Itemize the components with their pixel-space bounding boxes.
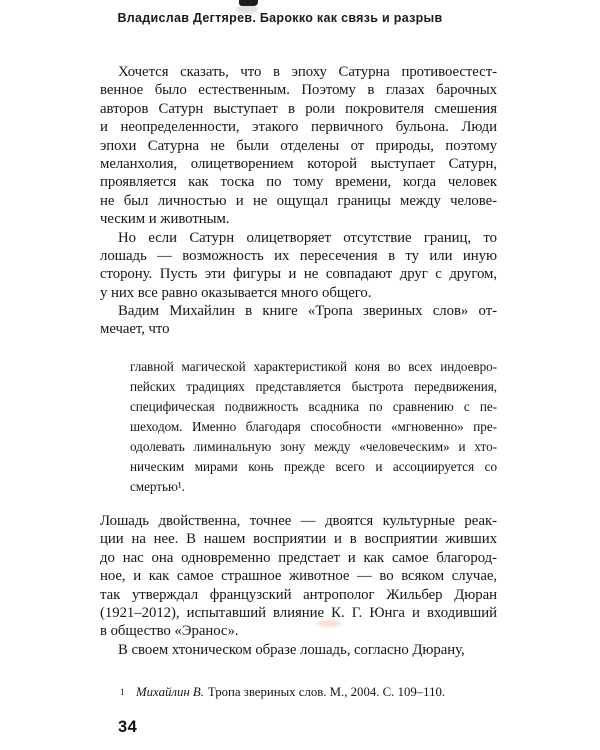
text-block-lower: Лошадь двойственна, точнее — двоятся кул… [100, 512, 497, 659]
text-line: ное, и как самое страшное животное — во … [100, 567, 497, 585]
block-quote: главной магической характеристикой коня … [130, 357, 497, 497]
text-line: авторов Сатурн выступает в роли покровит… [100, 100, 497, 118]
text-line: ции на нее. В нашем восприятии и в воспр… [100, 530, 497, 548]
text-line: венное было естественным. Поэтому в глаз… [100, 81, 497, 99]
text-line: не был личностью и не ощущал границы меж… [100, 192, 497, 210]
running-header: Владислав Дегтярев. Барокко как связь и … [20, 11, 540, 25]
text-line: шеходом. Именно благодаря способности «м… [130, 417, 497, 437]
text-line: и неопределенности, этакого первичного б… [100, 118, 497, 136]
footnote: 1 Михайлин В.Тропа звериных слов. М., 20… [100, 684, 497, 701]
text-line: в общество «Эранос». [100, 622, 497, 640]
footnote-text: Михайлин В.Тропа звериных слов. М., 2004… [136, 684, 497, 701]
text-line: меланхолия, олицетворением которой высту… [100, 155, 497, 173]
footnote-reference: Тропа звериных слов. М., 2004. С. 109–11… [208, 685, 445, 699]
text-line: пейских традициях представляется быстрот… [130, 377, 497, 397]
book-page: Владислав Дегтярев. Барокко как связь и … [0, 0, 600, 750]
text-line: смертью¹. [130, 477, 497, 497]
text-line: проявляется как тоска по тому времени, к… [100, 173, 497, 191]
paragraph: Вадим Михайлин в книге «Тропа звериных с… [100, 302, 497, 339]
text-line: В своем хтоническом образе лошадь, согла… [100, 641, 497, 659]
text-line: Но если Сатурн олицетворяет отсутствие г… [100, 229, 497, 247]
text-line: Вадим Михайлин в книге «Тропа звериных с… [100, 302, 497, 320]
text-line: Хочется сказать, что в эпоху Сатурна про… [100, 63, 497, 81]
text-line: (1921–2012), испытавший влияние К. Г. Юн… [100, 604, 497, 622]
text-line: одолевать лиминальную зону между «челове… [130, 437, 497, 457]
text-line: специфическая подвижность всадника по ср… [130, 397, 497, 417]
text-line: эпохи Сатурна не были отделены от природ… [100, 137, 497, 155]
text-line: Лошадь двойственна, точнее — двоятся кул… [100, 512, 497, 530]
text-line: у них все равно оказывается много общего… [100, 284, 497, 302]
text-line: мечает, что [100, 320, 497, 338]
paragraph: Но если Сатурн олицетворяет отсутствие г… [100, 229, 497, 303]
text-line: главной магической характеристикой коня … [130, 357, 497, 377]
text-line: до нас она одновременно предстает и как … [100, 549, 497, 567]
ink-smudge [236, 5, 258, 14]
text-block-main: Хочется сказать, что в эпоху Сатурна про… [100, 63, 497, 339]
text-line: так утверждал французский антрополог Жил… [100, 586, 497, 604]
text-line: ческим и животным. [100, 210, 497, 228]
paragraph: В своем хтоническом образе лошадь, согла… [100, 641, 497, 659]
page-number: 34 [118, 718, 137, 737]
paragraph: главной магической характеристикой коня … [130, 357, 497, 497]
text-line: лошадь — возможность их пересечения в ту… [100, 247, 497, 265]
paragraph: Лошадь двойственна, точнее — двоятся кул… [100, 512, 497, 641]
text-line: ническим мирами конь прежде всего и ассо… [130, 457, 497, 477]
text-line: сторону. Пусть эти фигуры и не совпадают… [100, 265, 497, 283]
paragraph: Хочется сказать, что в эпоху Сатурна про… [100, 63, 497, 229]
footnote-author: Михайлин В. [136, 685, 204, 699]
footnote-marker: 1 [120, 684, 136, 701]
